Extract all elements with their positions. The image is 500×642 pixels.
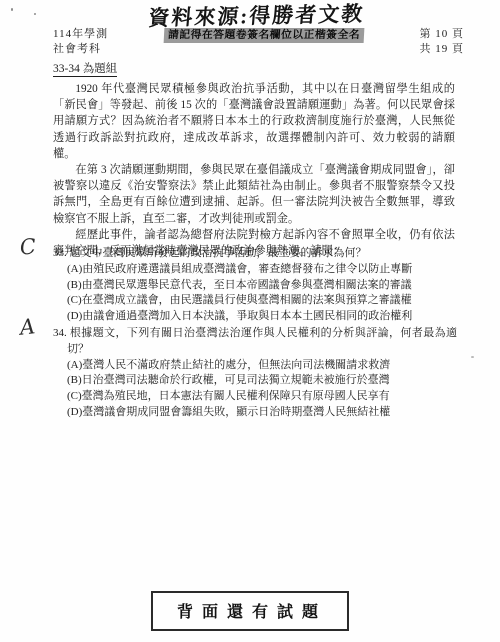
option-c: (C)在臺灣成立議會，由民選議員行使與臺灣相關的法案與預算之審議權 (67, 293, 457, 309)
handwritten-answer-33: C (19, 239, 37, 256)
handwritten-answer-34: A (19, 319, 36, 336)
option-c: (C)臺灣為殖民地，日本憲法有關人民權利保障只有原母國人民享有 (67, 389, 457, 405)
question-34: A 34. 根據題文，下列有關日治臺灣法治運作與人民權利的分析與評論，何者最為適… (53, 326, 457, 421)
back-page-notice-box: 背面還有試題 (151, 591, 349, 631)
question-group-title: 33-34 為題組 (53, 60, 117, 76)
exam-identifier: 114年學測 社會考科 (53, 27, 108, 56)
total-pages: 共 19 頁 (419, 42, 464, 57)
questions-block: C 33. 題文中臺灣民眾所發起的政治抗爭活動，最主要的訴求為何？ (A)由殖民… (53, 246, 457, 422)
subject-name: 社會考科 (53, 42, 108, 57)
option-a: (A)臺灣人民不滿政府禁止結社的處分，但無法向司法機關請求救濟 (67, 358, 457, 374)
option-b: (B)日治臺灣司法聽命於行政權，可見司法獨立規範未被施行於臺灣 (67, 373, 457, 389)
reading-passage: 1920 年代臺灣民眾積極參與政治抗爭活動，其中以在日臺灣留學生組成的「新民會」… (53, 81, 455, 259)
exam-paper-page: 資料來源:得勝者文教 114年學測 社會考科 請記得在答題卷簽名欄位以正楷簽全名… (0, 0, 500, 642)
question-33: C 33. 題文中臺灣民眾所發起的政治抗爭活動，最主要的訴求為何？ (A)由殖民… (53, 246, 457, 325)
passage-paragraph: 在第 3 次請願運動期間，參與民眾在臺倡議成立「臺灣議會期成同盟會」，卻被警察以… (53, 162, 455, 227)
passage-paragraph: 1920 年代臺灣民眾積極參與政治抗爭活動，其中以在日臺灣留學生組成的「新民會」… (53, 81, 455, 162)
current-page: 第 10 頁 (419, 27, 464, 42)
page-numbering: 第 10 頁 共 19 頁 (419, 27, 464, 56)
option-d: (D)臺灣議會期成同盟會籌組失敗，顯示日治時期臺灣人民無結社權 (67, 405, 457, 421)
option-a: (A)由殖民政府遴選議員組成臺灣議會，審查總督發布之律令以防止專斷 (67, 262, 457, 278)
page-header: 114年學測 社會考科 請記得在答題卷簽名欄位以正楷簽全名 第 10 頁 共 1… (53, 27, 464, 56)
question-34-options: (A)臺灣人民不滿政府禁止結社的處分，但無法向司法機關請求救濟 (B)日治臺灣司… (67, 358, 457, 421)
exam-name: 114年學測 (53, 27, 108, 42)
question-33-options: (A)由殖民政府遴選議員組成臺灣議會，審查總督發布之律令以防止專斷 (B)由臺灣… (67, 262, 457, 325)
option-b: (B)由臺灣民眾選舉民意代表，至日本帝國議會參與臺灣相關法案的審議 (67, 278, 457, 294)
question-34-number: 34. (53, 327, 67, 339)
question-33-stem: 33. 題文中臺灣民眾所發起的政治抗爭活動，最主要的訴求為何？ (67, 246, 457, 262)
question-34-stem: 34. 根據題文，下列有關日治臺灣法治運作與人民權利的分析與評論，何者最為適切？ (67, 326, 457, 358)
scan-speck (34, 13, 37, 16)
signing-reminder-stamp: 請記得在答題卷簽名欄位以正楷簽全名 (163, 28, 364, 43)
scan-speck (471, 356, 474, 358)
option-d: (D)由議會通過臺灣加入日本決議，爭取與日本本土國民相同的政治權利 (67, 309, 457, 325)
scan-speck (11, 8, 13, 11)
question-33-number: 33. (53, 247, 67, 259)
